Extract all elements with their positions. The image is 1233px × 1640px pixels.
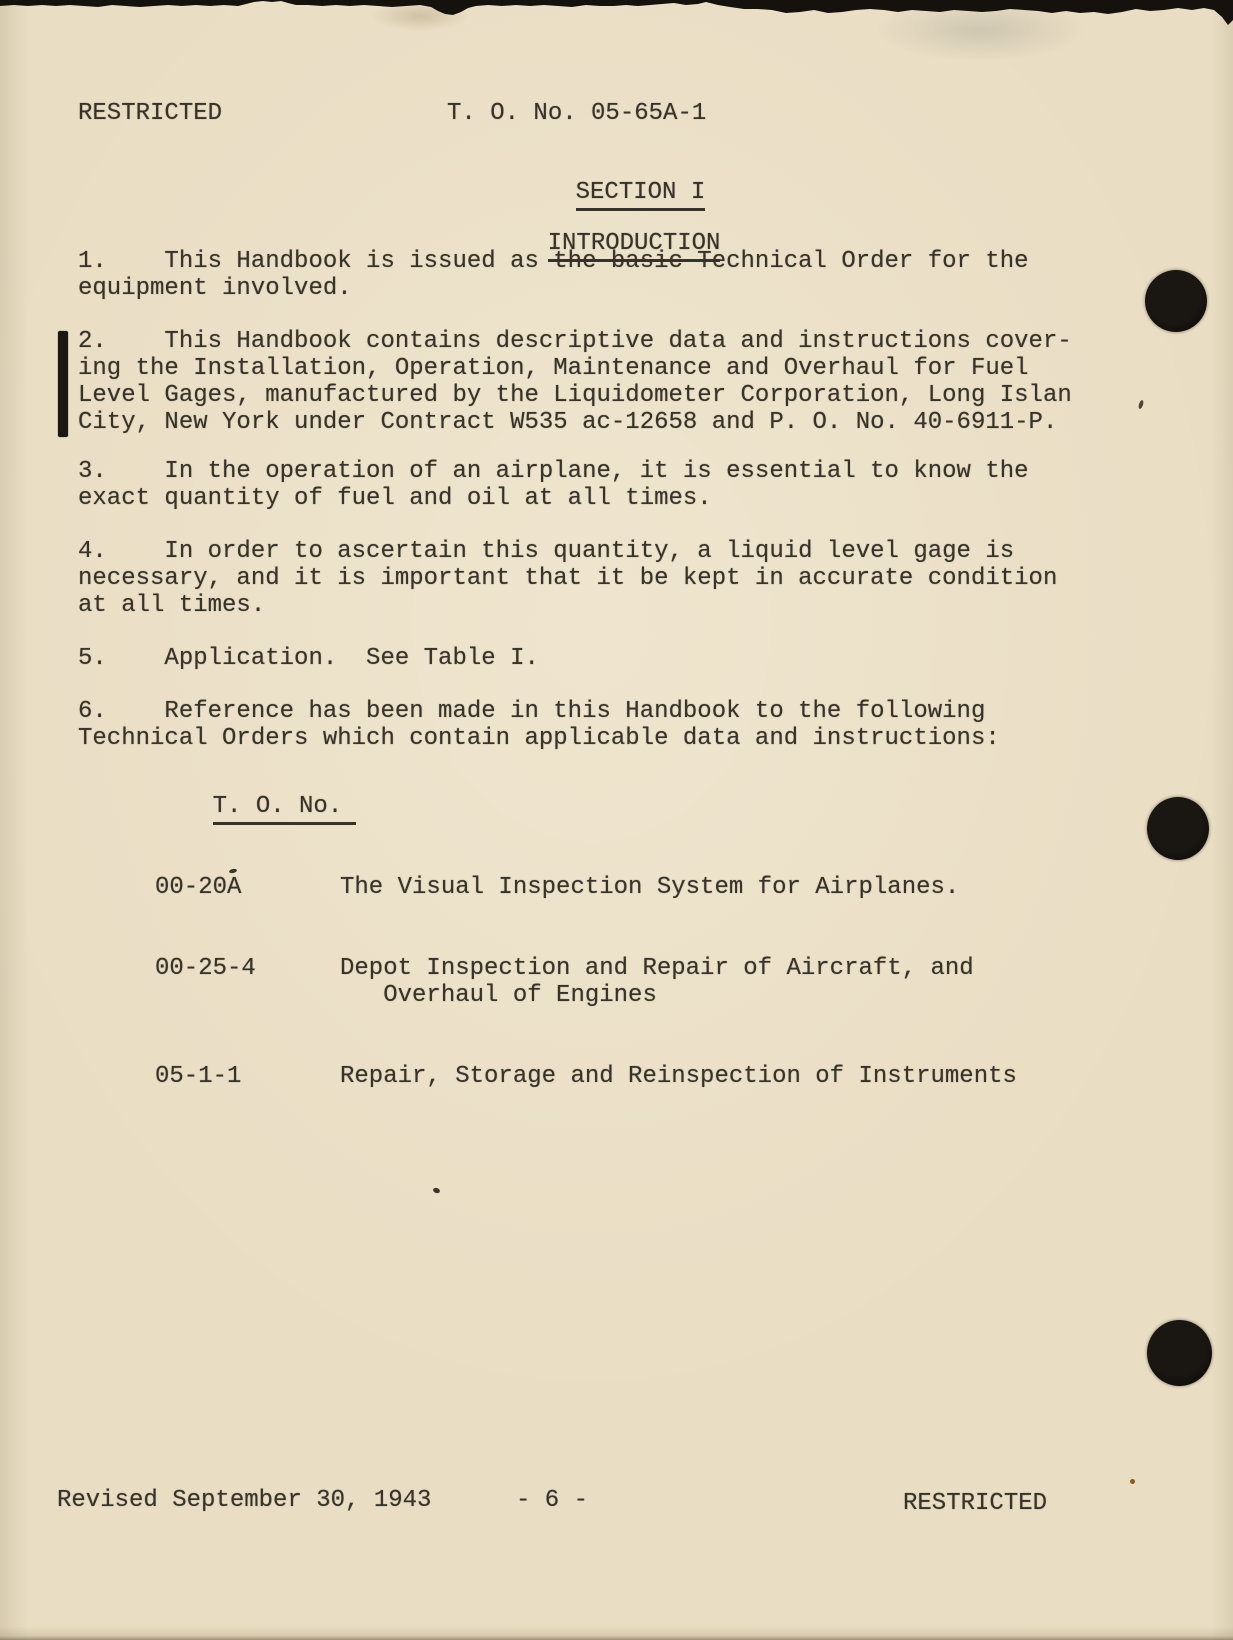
table-row: 05-1-1 Repair, Storage and Reinspection … <box>155 1063 1095 1090</box>
paragraph-1: 1. This Handbook is issued as the basic … <box>78 248 1029 302</box>
to-description-cell: The Visual Inspection System for Airplan… <box>340 874 959 901</box>
revision-note: Revised September 30, 1943 <box>57 1487 431 1514</box>
paragraph-6: 6. Reference has been made in this Handb… <box>78 698 1000 752</box>
paragraph-5: 5. Application. See Table I. <box>78 645 539 672</box>
punch-hole <box>1147 797 1209 860</box>
classification-marking-bottom: RESTRICTED <box>903 1490 1047 1517</box>
table-row: 00-20A The Visual Inspection System for … <box>155 874 1095 901</box>
classification-marking-top: RESTRICTED <box>78 100 222 127</box>
scan-artifact-top <box>0 0 1233 28</box>
to-number-cell: 05-1-1 <box>155 1063 340 1090</box>
to-number-cell: 00-20A <box>155 874 340 901</box>
table-row: 00-25-4 Depot Inspection and Repair of A… <box>155 955 1095 1009</box>
ink-speck <box>1138 400 1145 410</box>
paper-bottom-edge <box>0 1636 1233 1640</box>
ink-speck <box>432 1187 440 1194</box>
page-number: - 6 - <box>516 1487 588 1514</box>
revision-change-bar <box>58 331 68 437</box>
punch-hole <box>1145 270 1207 332</box>
punch-hole <box>1147 1320 1212 1386</box>
to-description-cell: Depot Inspection and Repair of Aircraft,… <box>340 955 974 1009</box>
technical-order-number: T. O. No. 05-65A-1 <box>447 100 706 127</box>
paragraph-2: 2. This Handbook contains descriptive da… <box>78 328 1072 436</box>
document-page: RESTRICTED T. O. No. 05-65A-1 SECTION I … <box>0 0 1233 1640</box>
paragraph-4: 4. In order to ascertain this quantity, … <box>78 538 1057 619</box>
to-description-cell: Repair, Storage and Reinspection of Inst… <box>340 1063 1017 1090</box>
ink-speck <box>1130 1479 1135 1484</box>
paragraph-3: 3. In the operation of an airplane, it i… <box>78 458 1029 512</box>
reference-table: 00-20A The Visual Inspection System for … <box>155 820 1095 1144</box>
to-number-cell: 00-25-4 <box>155 955 340 1009</box>
